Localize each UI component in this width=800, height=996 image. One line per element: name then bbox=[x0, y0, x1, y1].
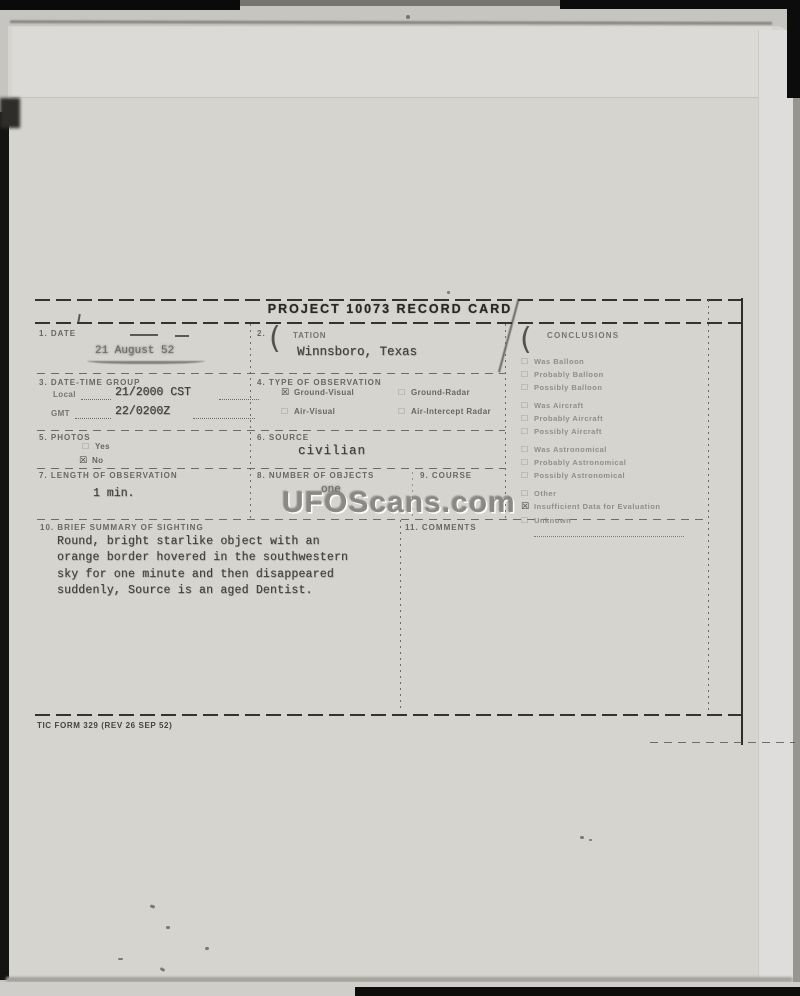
location-label: TATION bbox=[293, 331, 326, 340]
divider bbox=[35, 299, 745, 301]
checkbox-icon: ☐ bbox=[521, 400, 534, 411]
checkbox-icon: ☐ bbox=[82, 442, 95, 451]
card-title: PROJECT 10073 RECORD CARD bbox=[35, 302, 745, 316]
conclusion-item: ☐Unknown bbox=[521, 513, 711, 526]
option-photos-yes: ☐Yes bbox=[82, 442, 110, 451]
conclusions-group-balloon: ☐Was Balloon ☐Probably Balloon ☐Possibly… bbox=[521, 354, 711, 393]
length-of-observation-value: 1 min. bbox=[93, 487, 134, 500]
local-value: 21/2000 CST bbox=[115, 386, 191, 399]
pen-mark bbox=[130, 334, 158, 336]
source-label: 6. SOURCE bbox=[257, 433, 309, 442]
paper-top-edge-shadow bbox=[10, 20, 772, 25]
conclusions-list: ☐Was Balloon ☐Probably Balloon ☐Possibly… bbox=[521, 354, 711, 537]
location-number: 2. bbox=[257, 329, 266, 338]
checked-checkbox-icon: ☒ bbox=[521, 502, 534, 513]
checkbox-icon: ☐ bbox=[521, 369, 534, 380]
date-label: 1. DATE bbox=[39, 329, 76, 338]
local-label: Local bbox=[53, 390, 76, 399]
checkbox-icon: ☐ bbox=[521, 488, 534, 499]
conclusion-item: ☐Probably Balloon bbox=[521, 367, 711, 380]
scan-border bbox=[0, 0, 240, 10]
conclusion-item: ☐Other bbox=[521, 486, 711, 499]
divider bbox=[35, 714, 741, 716]
conclusions-label: CONCLUSIONS bbox=[547, 331, 619, 340]
location-value: Winnsboro, Texas bbox=[297, 345, 417, 359]
divider bbox=[35, 322, 745, 324]
option-ground-visual: ☒Ground-Visual bbox=[281, 388, 354, 398]
conclusion-item: ☐Was Aircraft bbox=[521, 398, 711, 411]
conclusion-item: ☐Possibly Astronomical bbox=[521, 468, 711, 481]
scan-border bbox=[355, 987, 800, 996]
summary-line: sky for one minute and then disappeared bbox=[57, 567, 348, 583]
checkbox-icon: ☐ bbox=[521, 382, 534, 393]
divider bbox=[250, 324, 251, 520]
scan-artifact bbox=[406, 15, 410, 19]
type-of-observation-label: 4. TYPE OF OBSERVATION bbox=[257, 378, 382, 387]
conclusion-item: ☐Was Astronomical bbox=[521, 442, 711, 455]
pen-mark bbox=[175, 335, 189, 337]
scan-border bbox=[240, 0, 560, 6]
scan-artifact bbox=[580, 836, 584, 839]
checkbox-icon: ☐ bbox=[398, 388, 411, 397]
checkbox-icon: ☐ bbox=[521, 413, 534, 424]
divider bbox=[37, 373, 505, 374]
scan-border bbox=[0, 112, 9, 980]
conclusions-group-astronomical: ☐Was Astronomical ☐Probably Astronomical… bbox=[521, 442, 711, 481]
option-air-intercept-radar: ☐Air-Intercept Radar bbox=[398, 407, 491, 416]
pen-underline bbox=[87, 357, 205, 364]
divider bbox=[37, 468, 505, 469]
date-value: 21 August 52 bbox=[95, 345, 174, 357]
scanned-document-page: PROJECT 10073 RECORD CARD 1. DATE 21 Aug… bbox=[0, 0, 800, 996]
form-number: TIC FORM 329 (REV 26 SEP 52) bbox=[37, 721, 172, 730]
scan-artifact bbox=[166, 926, 170, 929]
divider bbox=[37, 430, 505, 431]
length-of-observation-label: 7. LENGTH OF OBSERVATION bbox=[39, 471, 178, 480]
leader-dots bbox=[75, 417, 111, 419]
leader-dots bbox=[219, 398, 259, 400]
paper-top-band bbox=[12, 27, 772, 98]
summary-line: Round, bright starlike object with an bbox=[57, 534, 348, 550]
divider bbox=[400, 520, 401, 712]
card-right-border bbox=[741, 298, 743, 745]
conclusions-group-aircraft: ☐Was Aircraft ☐Probably Aircraft ☐Possib… bbox=[521, 398, 711, 437]
conclusion-item: ☐Probably Aircraft bbox=[521, 411, 711, 424]
leader-dots bbox=[193, 417, 255, 419]
gmt-value: 22/0200Z bbox=[115, 405, 170, 418]
summary-text: Round, bright starlike object with an or… bbox=[57, 534, 348, 600]
pen-paren: ( bbox=[520, 325, 532, 355]
comments-label: 11. COMMENTS bbox=[405, 523, 477, 532]
checkbox-icon: ☐ bbox=[521, 515, 534, 526]
leader-dots bbox=[81, 398, 111, 400]
watermark: UFOScans.com bbox=[282, 486, 516, 520]
scan-border bbox=[787, 0, 800, 98]
checkbox-icon: ☐ bbox=[521, 470, 534, 481]
option-photos-no: ☒No bbox=[79, 456, 103, 466]
checkbox-icon: ☐ bbox=[521, 457, 534, 468]
paper-right-edge bbox=[758, 30, 793, 978]
checked-checkbox-icon: ☒ bbox=[79, 456, 92, 466]
photos-label: 5. PHOTOS bbox=[39, 433, 91, 442]
checkbox-icon: ☐ bbox=[521, 426, 534, 437]
option-ground-radar: ☐Ground-Radar bbox=[398, 388, 470, 397]
summary-label: 10. BRIEF SUMMARY OF SIGHTING bbox=[40, 523, 204, 532]
gmt-label: GMT bbox=[51, 409, 70, 418]
scan-border bbox=[793, 98, 800, 982]
scan-artifact bbox=[118, 958, 123, 960]
conclusion-item: ☐Possibly Aircraft bbox=[521, 424, 711, 437]
option-air-visual: ☐Air-Visual bbox=[281, 407, 335, 416]
scan-artifact bbox=[589, 839, 592, 841]
conclusion-item-checked: ☒Insufficient Data for Evaluation bbox=[521, 499, 711, 513]
scan-border bbox=[560, 0, 800, 9]
checkbox-icon: ☐ bbox=[281, 407, 294, 416]
checkbox-icon: ☐ bbox=[398, 407, 411, 416]
conclusion-item: ☐Probably Astronomical bbox=[521, 455, 711, 468]
conclusion-item: ☐Possibly Balloon bbox=[521, 380, 711, 393]
scan-artifact bbox=[447, 291, 450, 294]
checkbox-icon: ☐ bbox=[521, 356, 534, 367]
summary-line: suddenly, Source is an aged Dentist. bbox=[57, 583, 348, 599]
conclusion-item: ☐Was Balloon bbox=[521, 354, 711, 367]
checkbox-icon: ☐ bbox=[521, 444, 534, 455]
course-label: 9. COURSE bbox=[420, 471, 472, 480]
write-in-line bbox=[534, 535, 684, 537]
pen-paren: ( bbox=[269, 324, 281, 354]
record-card: PROJECT 10073 RECORD CARD 1. DATE 21 Aug… bbox=[35, 298, 745, 745]
summary-line: orange border hovered in the southwester… bbox=[57, 550, 348, 566]
scan-artifact bbox=[0, 98, 20, 128]
checked-checkbox-icon: ☒ bbox=[281, 388, 294, 398]
number-of-objects-label: 8. NUMBER OF OBJECTS bbox=[257, 471, 374, 480]
conclusions-group-other: ☐Other ☒Insufficient Data for Evaluation… bbox=[521, 486, 711, 526]
divider bbox=[650, 742, 795, 743]
source-value: civilian bbox=[298, 444, 366, 458]
